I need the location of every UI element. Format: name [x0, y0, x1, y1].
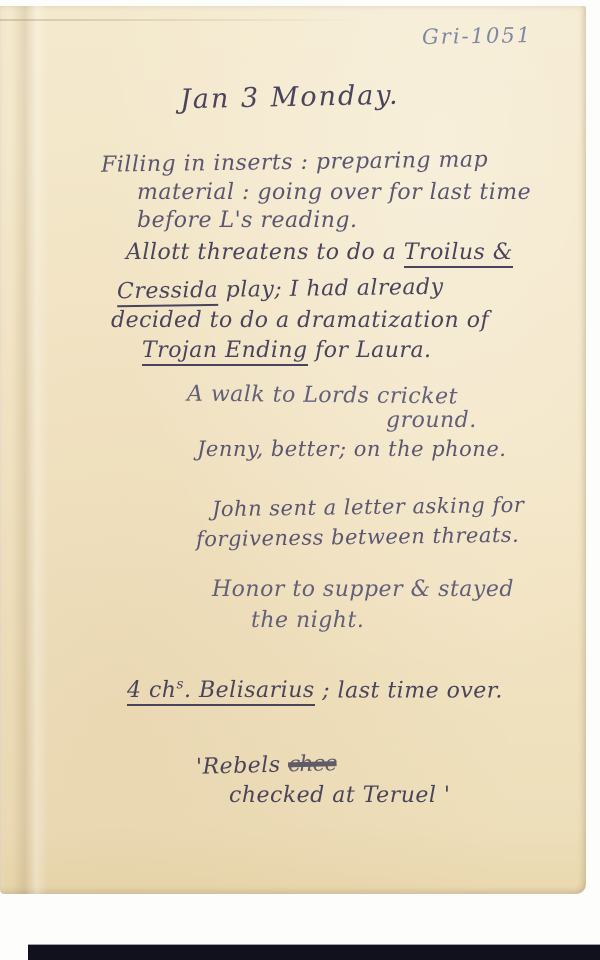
- superscript-s: s: [176, 677, 184, 693]
- diary-line: 4 chs. Belisarius ; last time over.: [127, 677, 503, 703]
- diary-line: checked at Teruel ': [229, 783, 450, 808]
- underlined-title: Trojan Ending: [142, 338, 308, 366]
- diary-line: A walk to Lords cricket: [187, 382, 458, 410]
- diary-line: Filling in inserts : preparing map: [101, 147, 488, 177]
- diary-line: John sent a letter asking for: [212, 493, 525, 521]
- diary-text: 'Rebels: [196, 752, 289, 779]
- diary-line: Cressida play; I had already: [117, 275, 444, 305]
- scan-edge-strip: [28, 944, 600, 960]
- diary-text: play; I had already: [218, 275, 444, 303]
- diary-line: Allott threatens to do a Troilus &: [126, 240, 513, 265]
- scanned-diary-page: Gri-1051 Jan 3 Monday. Filling in insert…: [0, 0, 600, 960]
- diary-text: 4 ch: [127, 678, 176, 703]
- date-heading: Jan 3 Monday.: [180, 80, 400, 116]
- diary-text: ; last time over.: [315, 678, 503, 703]
- diary-line: before L's reading.: [137, 208, 357, 233]
- diary-line: material : going over for last time: [137, 180, 531, 205]
- diary-line: 'Rebels chee: [196, 751, 337, 780]
- underlined-title: Troilus &: [404, 240, 513, 268]
- catalog-mark: Gri-1051: [422, 23, 532, 49]
- diary-line: ground.: [386, 408, 477, 433]
- diary-text: for Laura.: [308, 338, 432, 363]
- diary-line: the night.: [251, 608, 364, 633]
- underlined-title: Cressida: [117, 278, 219, 307]
- underlined-title: 4 chs. Belisarius: [127, 678, 315, 706]
- diary-line: decided to do a dramatization of: [111, 308, 489, 333]
- paper-sheet: Gri-1051 Jan 3 Monday. Filling in insert…: [0, 6, 586, 894]
- diary-line: forgiveness between threats.: [196, 523, 520, 552]
- diary-text: . Belisarius: [184, 678, 315, 703]
- diary-line: Trojan Ending for Laura.: [142, 338, 432, 363]
- diary-text: Allott threatens to do a: [126, 240, 404, 265]
- diary-line: Jenny, better; on the phone.: [197, 437, 506, 461]
- diary-line: Honor to supper & stayed: [212, 577, 514, 602]
- struck-word: chee: [288, 751, 337, 777]
